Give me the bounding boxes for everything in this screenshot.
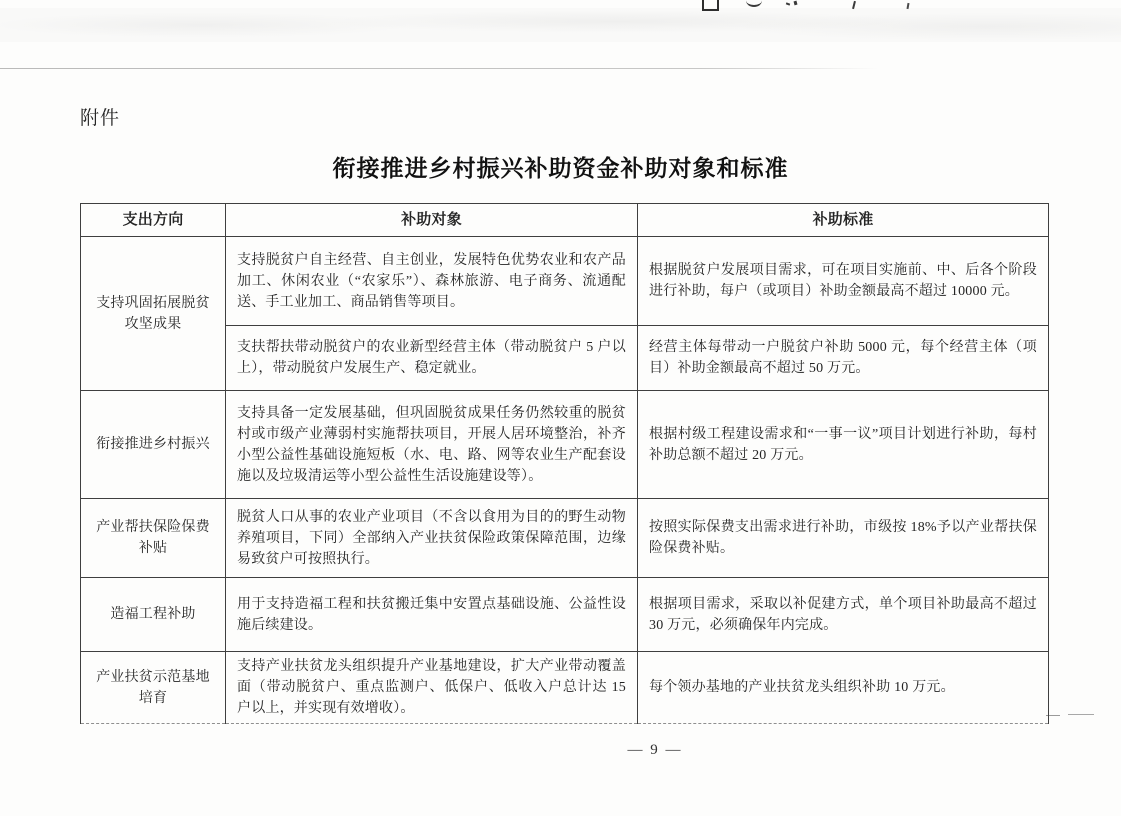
column-header-standard: 补助标准 xyxy=(638,204,1049,237)
direction-cell: 支持巩固拓展脱贫攻坚成果 xyxy=(81,237,226,391)
table-row: 支持巩固拓展脱贫攻坚成果 支持脱贫户自主经营、自主创业，发展特色优势农业和农产品… xyxy=(81,237,1049,326)
attachment-label: 附件 xyxy=(80,103,120,130)
standard-cell: 根据脱贫户发展项目需求，可在项目实施前、中、后各个阶段进行补助，每户（或项目）补… xyxy=(638,237,1049,326)
document-title: 衔接推进乡村振兴补助资金补助对象和标准 xyxy=(0,150,1121,183)
scan-noise-band xyxy=(0,8,1121,42)
object-cell: 支持具备一定发展基础，但巩固脱贫成果任务仍然较重的脱贫村或市级产业薄弱村实施帮扶… xyxy=(226,391,638,499)
direction-cell: 造福工程补助 xyxy=(81,578,226,652)
table-row: 衔接推进乡村振兴 支持具备一定发展基础，但巩固脱贫成果任务仍然较重的脱贫村或市级… xyxy=(81,391,1049,499)
pen-mark-artifact xyxy=(794,1,798,6)
table-row: 支扶帮扶带动脱贫户的农业新型经营主体（带动脱贫户 5 户以上），带动脱贫户发展生… xyxy=(81,326,1049,391)
standard-cell: 经营主体每带动一户脱贫户补助 5000 元，每个经营主体（项目）补助金额最高不超… xyxy=(638,326,1049,391)
column-header-object: 补助对象 xyxy=(226,204,638,237)
standard-cell: 根据村级工程建设需求和“一事一议”项目计划进行补助，每村补助总额不超过 20 万… xyxy=(638,391,1049,499)
table-row: 产业帮扶保险保费补贴 脱贫人口从事的农业产业项目（不含以食用为目的的野生动物养殖… xyxy=(81,499,1049,578)
table-header-row: 支出方向 补助对象 补助标准 xyxy=(81,204,1049,237)
standard-cell: 根据项目需求，采取以补促建方式，单个项目补助最高不超过 30 万元，必须确保年内… xyxy=(638,578,1049,652)
direction-cell: 产业扶贫示范基地培育 xyxy=(81,652,226,724)
pen-mark-artifact xyxy=(786,2,790,5)
table-row: 产业扶贫示范基地培育 支持产业扶贫龙头组织提升产业基地建设，扩大产业带动覆盖面（… xyxy=(81,652,1049,724)
page-number: — 9 — xyxy=(560,742,750,759)
object-cell: 支持脱贫户自主经营、自主创业，发展特色优势农业和农产品加工、休闲农业（“农家乐”… xyxy=(226,237,638,326)
scan-line-artifact xyxy=(0,68,878,69)
table-row: 造福工程补助 用于支持造福工程和扶贫搬迁集中安置点基础设施、公益性设施后续建设。… xyxy=(81,578,1049,652)
scan-dash-artifact xyxy=(1068,714,1094,715)
document-page: 附件 衔接推进乡村振兴补助资金补助对象和标准 支出方向 补助对象 补助标准 支持… xyxy=(0,0,1121,816)
object-cell: 支持产业扶贫龙头组织提升产业基地建设，扩大产业带动覆盖面（带动脱贫户、重点监测户… xyxy=(226,652,638,724)
pen-mark-artifact xyxy=(702,0,719,11)
direction-cell: 产业帮扶保险保费补贴 xyxy=(81,499,226,578)
standard-cell: 每个领办基地的产业扶贫龙头组织补助 10 万元。 xyxy=(638,652,1049,724)
direction-cell: 衔接推进乡村振兴 xyxy=(81,391,226,499)
subsidy-table: 支出方向 补助对象 补助标准 支持巩固拓展脱贫攻坚成果 支持脱贫户自主经营、自主… xyxy=(80,203,1049,724)
object-cell: 脱贫人口从事的农业产业项目（不含以食用为目的的野生动物养殖项目，下同）全部纳入产… xyxy=(226,499,638,578)
object-cell: 支扶帮扶带动脱贫户的农业新型经营主体（带动脱贫户 5 户以上），带动脱贫户发展生… xyxy=(226,326,638,391)
standard-cell: 按照实际保费支出需求进行补助，市级按 18%予以产业帮扶保险保费补贴。 xyxy=(638,499,1049,578)
object-cell: 用于支持造福工程和扶贫搬迁集中安置点基础设施、公益性设施后续建设。 xyxy=(226,578,638,652)
column-header-direction: 支出方向 xyxy=(81,204,226,237)
pen-mark-artifact xyxy=(746,0,762,7)
